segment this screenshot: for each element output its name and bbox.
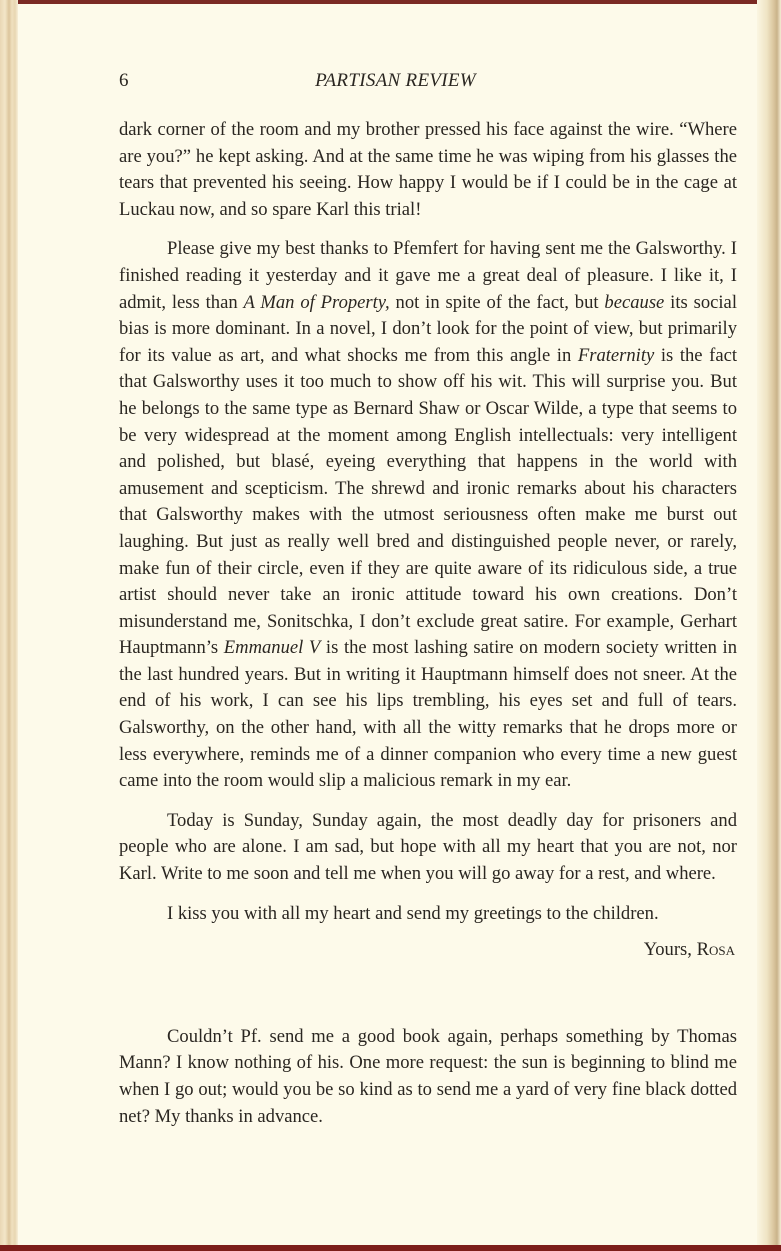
text-run: not in spite of the fact, but [390,292,605,313]
signature-name: Rosa [697,939,735,960]
closing-word: Yours, [644,939,697,960]
book-gutter-left [0,0,18,1251]
paragraph-galsworthy: Please give my best thanks to Pfemfert f… [119,236,737,794]
text-run: is the fact that Galsworthy uses it too … [119,345,737,659]
paragraph-sunday: Today is Sunday, Sunday again, the most … [119,808,737,888]
postscript: Couldn’t Pf. send me a good book again, … [119,1024,737,1130]
text-run: is the most lashing satire on modern soc… [119,637,737,791]
book-title-man-of-property: A Man of Property, [244,292,390,313]
signature: Yours, Rosa [119,937,737,964]
book-cover-bottom-edge [0,1245,781,1251]
paragraph-continuation: dark corner of the room and my brother p… [119,117,737,223]
page-edge-right [757,0,781,1251]
book-title-fraternity: Fraternity [578,345,654,366]
paragraph-closing: I kiss you with all my heart and send my… [119,901,737,928]
book-cover-top-edge [0,0,781,4]
book-title-emmanuel-v: Emmanuel V [224,637,321,658]
running-head: PARTISAN REVIEW [0,70,781,92]
emphasis-because: because [604,292,664,313]
letter-body: dark corner of the room and my brother p… [119,117,737,1130]
